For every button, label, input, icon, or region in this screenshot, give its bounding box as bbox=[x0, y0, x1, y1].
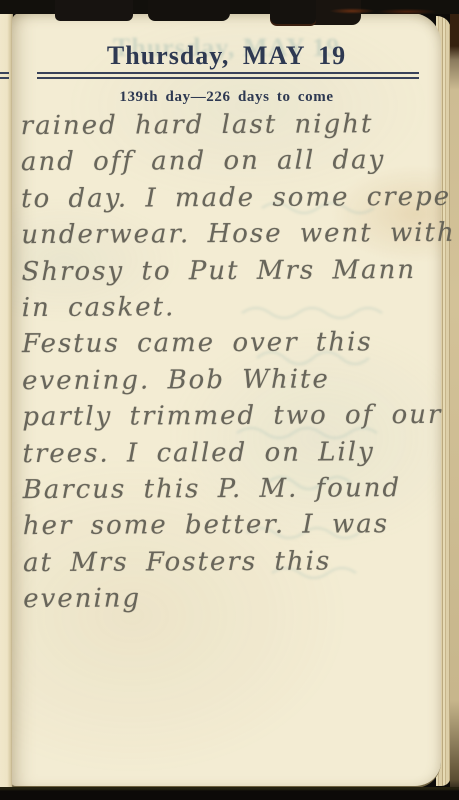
page-title: Thursday, MAY 19 bbox=[12, 41, 441, 71]
diary-handwritten-line: evening. Bob White bbox=[22, 361, 437, 400]
diary-handwritten-line: her some better. I was bbox=[23, 506, 438, 545]
diary-entry-text: rained hard last nightand off and on all… bbox=[21, 106, 439, 618]
day-count-subtitle: 139th day—226 days to come bbox=[12, 89, 441, 106]
diary-handwritten-line: underwear. Hose went with bbox=[21, 215, 436, 254]
diary-handwritten-line: evening bbox=[23, 579, 438, 618]
header-double-rule bbox=[37, 72, 419, 79]
diary-handwritten-line: trees. I called on Lily bbox=[22, 434, 437, 473]
cover-edge-rust-speck bbox=[330, 8, 440, 14]
diary-handwritten-line: Barcus this P. M. found bbox=[23, 470, 438, 509]
diary-handwritten-line: Festus came over this bbox=[22, 324, 437, 363]
diary-handwritten-line: to day. I made some crepe bbox=[21, 179, 436, 218]
diary-handwritten-line: Shrosy to Put Mrs Mann bbox=[21, 252, 436, 291]
diary-page: Thursday, MAY 19 Thursday, MAY 19 139th … bbox=[12, 13, 441, 788]
facing-page-rule-stub bbox=[0, 72, 9, 79]
diary-scan-root: Thursday, MAY 19 Thursday, MAY 19 139th … bbox=[0, 0, 459, 800]
diary-handwritten-line: rained hard last night bbox=[21, 106, 436, 145]
book-cover-top-edge bbox=[0, 0, 459, 14]
book-fore-edge bbox=[450, 0, 459, 800]
diary-handwritten-line: and off and on all day bbox=[21, 142, 436, 181]
book-cover-bottom-edge bbox=[0, 787, 459, 800]
cover-edge-bump bbox=[55, 0, 133, 21]
diary-handwritten-line: at Mrs Fosters this bbox=[23, 543, 438, 582]
diary-handwritten-line: in casket. bbox=[22, 288, 437, 327]
diary-handwritten-line: partly trimmed two of our bbox=[22, 397, 437, 436]
cover-edge-bump bbox=[270, 0, 316, 24]
